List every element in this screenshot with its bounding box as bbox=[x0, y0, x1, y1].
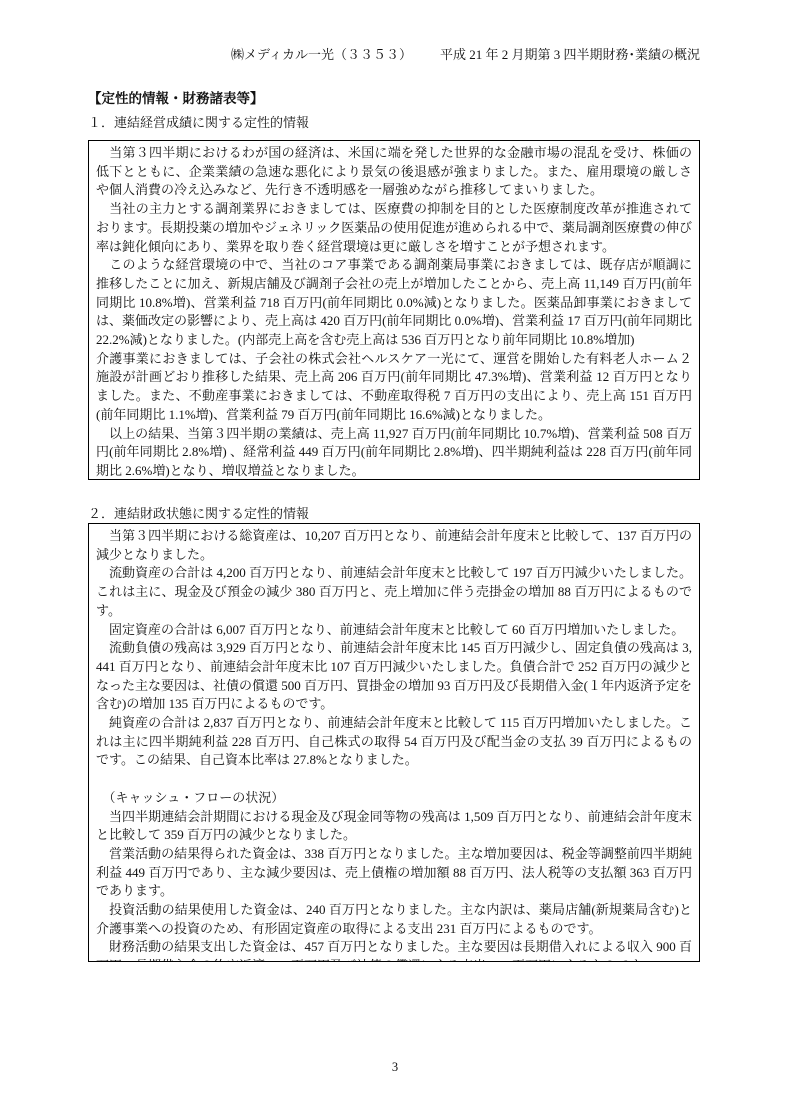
paragraph: 当社の主力とする調剤業界におきましては、医療費の抑制を目的とした医療制度改革が推… bbox=[96, 200, 692, 256]
section1-heading: １．連結経営成績に関する定性的情報 bbox=[88, 112, 309, 131]
paragraph: 投資活動の結果使用した資金は、240 百万円となりました。主な内訳は、薬局店舗(… bbox=[96, 901, 692, 938]
paragraph: このような経営環境の中で、当社のコア事業である調剤薬局事業におきましては、既存店… bbox=[96, 256, 692, 350]
paragraph: 当第３四半期における総資産は、10,207 百万円となり、前連結会計年度末と比較… bbox=[96, 527, 692, 564]
paragraph: 営業活動の結果得られた資金は、338 百万円となりました。主な増加要因は、税金等… bbox=[96, 845, 692, 901]
main-heading: 【定性的情報・財務諸表等】 bbox=[88, 87, 264, 107]
paragraph: 純資産の合計は 2,837 百万円となり、前連結会計年度末と比較して 115 百… bbox=[96, 714, 692, 770]
company-name: ㈱メディカル一光（３３５３） bbox=[231, 47, 412, 62]
section1-text-box: 当第３四半期におけるわが国の経済は、米国に端を発した世界的な金融市場の混乱を受け… bbox=[88, 140, 700, 480]
cashflow-subheading: （キャッシュ・フローの状況） bbox=[96, 789, 692, 808]
page-header: ㈱メディカル一光（３３５３）平成 21 年 2 月期第 3 四半期財務･業績の概… bbox=[88, 44, 700, 63]
page-number: 3 bbox=[392, 1060, 398, 1074]
paragraph: 流動負債の残高は 3,929 百万円となり、前連結会計年度末比 145 百万円減… bbox=[96, 639, 692, 714]
report-title: 平成 21 年 2 月期第 3 四半期財務･業績の概況 bbox=[440, 47, 700, 62]
paragraph: 固定資産の合計は 6,007 百万円となり、前連結会計年度末と比較して 60 百… bbox=[96, 621, 692, 640]
paragraph: 流動資産の合計は 4,200 百万円となり、前連結会計年度末と比較して 197 … bbox=[96, 564, 692, 620]
section2-heading: ２．連結財政状態に関する定性的情報 bbox=[88, 503, 309, 522]
paragraph: 以上の結果、当第３四半期の業績は、売上高 11,927 百万円(前年同期比 10… bbox=[96, 425, 692, 480]
page-footer: 3 bbox=[0, 1060, 790, 1075]
paragraph: 財務活動の結果支出した資金は、457 百万円となりました。主な要因は長期借入れに… bbox=[96, 938, 692, 962]
paragraph: 当四半期連結会計期間における現金及び現金同等物の残高は 1,509 百万円となり… bbox=[96, 808, 692, 845]
paragraph: 当第３四半期におけるわが国の経済は、米国に端を発した世界的な金融市場の混乱を受け… bbox=[96, 144, 692, 200]
document-page: ㈱メディカル一光（３３５３）平成 21 年 2 月期第 3 四半期財務･業績の概… bbox=[0, 0, 790, 1118]
section2-text-box: 当第３四半期における総資産は、10,207 百万円となり、前連結会計年度末と比較… bbox=[88, 523, 700, 962]
paragraph: 介護事業におきましては、子会社の株式会社ヘルスケア一光にて、運営を開始した有料老… bbox=[96, 350, 692, 425]
